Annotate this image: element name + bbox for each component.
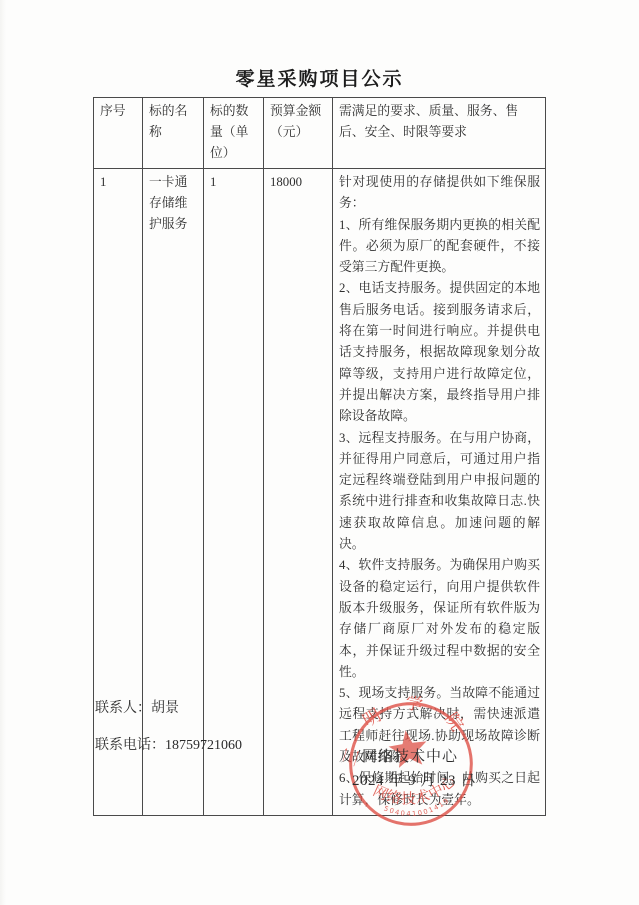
table-header-row: 序号 标的名称 标的数量（单位） 预算金额（元） 需满足的要求、质量、服务、售后… — [94, 98, 546, 169]
cell-qty: 1 — [204, 169, 264, 816]
requirement-paragraph: 针对现使用的存储提供如下维保服务： — [339, 172, 540, 215]
header-budget: 预算金额（元） — [264, 98, 333, 169]
contact-name: 胡景 — [151, 701, 179, 716]
cell-seq: 1 — [94, 169, 143, 816]
signing-date: 2024 年 9 月 23 日 — [352, 769, 476, 790]
phone-number: 18759721060 — [165, 738, 242, 753]
requirement-paragraph: 4、软件支持服务。为确保用户购买设备的稳定运行，向用户提供软件版本升级服务，保证… — [339, 555, 540, 683]
contact-person-line: 联系人：胡景 — [95, 697, 179, 717]
phone-label: 联系电话： — [95, 738, 165, 753]
document-page: 零星采购项目公示 序号 标的名称 标的数量（单位） 预算金额（元） 需满足的要求… — [0, 0, 639, 905]
requirement-paragraph: 3、远程支持服务。在与用户协商，并征得用户同意后，可通过用户指定远程终端登陆到用… — [339, 428, 540, 556]
header-name: 标的名称 — [143, 98, 204, 169]
contact-label: 联系人： — [95, 701, 151, 716]
page-title: 零星采购项目公示 — [0, 64, 639, 91]
cell-budget: 18000 — [264, 169, 333, 816]
requirement-paragraph: 2、电话支持服务。提供固定的本地售后服务电话。接到服务请求后，将在第一时间进行响… — [339, 278, 540, 427]
requirement-paragraph: 1、所有维保服务期内更换的相关配件。必须为原厂的配套硬件，不接受第三方配件更换。 — [339, 215, 540, 279]
header-qty: 标的数量（单位） — [204, 98, 264, 169]
table-row: 1 一卡通存储维护服务 1 18000 针对现使用的存储提供如下维保服务：1、所… — [94, 169, 546, 816]
header-seq: 序号 — [94, 98, 143, 169]
signing-department: 网络技术中心 — [362, 745, 458, 766]
header-requirements: 需满足的要求、质量、服务、售后、安全、时限等要求 — [333, 98, 546, 169]
contact-phone-line: 联系电话：18759721060 — [95, 734, 242, 754]
cell-name: 一卡通存储维护服务 — [143, 169, 204, 816]
